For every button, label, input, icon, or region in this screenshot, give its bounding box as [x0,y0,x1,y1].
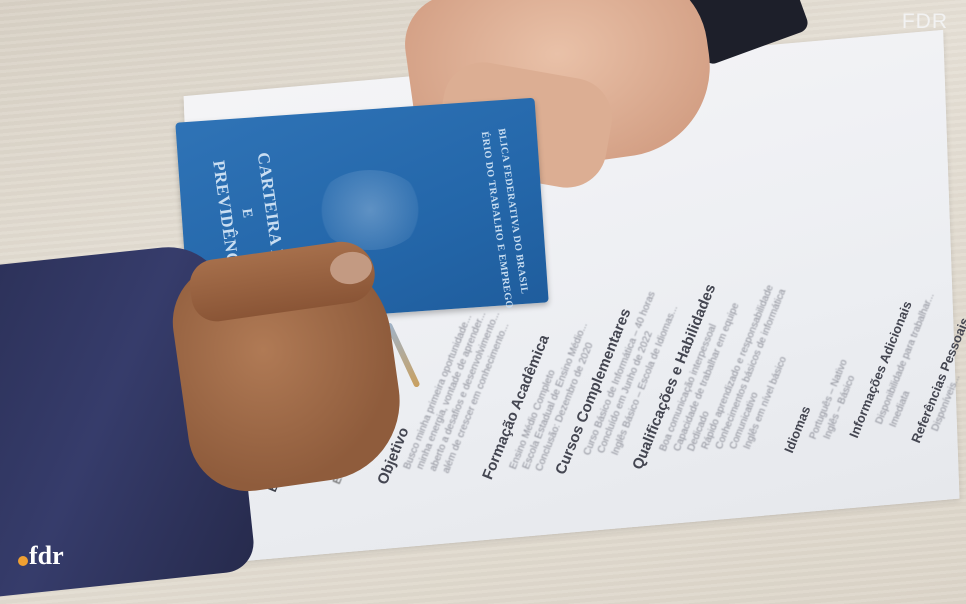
brazil-coat-of-arms-icon [315,170,425,250]
watermark-bottom-left: fdr [18,541,64,571]
formacao-line: Escola Estadual de Ensino Médio... [521,321,590,471]
watermark-logo-text: fdr [29,541,64,571]
section-heading-idiomas: Idiomas [781,404,813,455]
work-card-conjunction: E [238,208,255,220]
photo-scene: Brasile E-mail: ol... Celular: (12) 3456… [0,0,966,604]
watermark-dot-icon [18,556,28,566]
watermark-top-right: FDR [902,10,948,34]
